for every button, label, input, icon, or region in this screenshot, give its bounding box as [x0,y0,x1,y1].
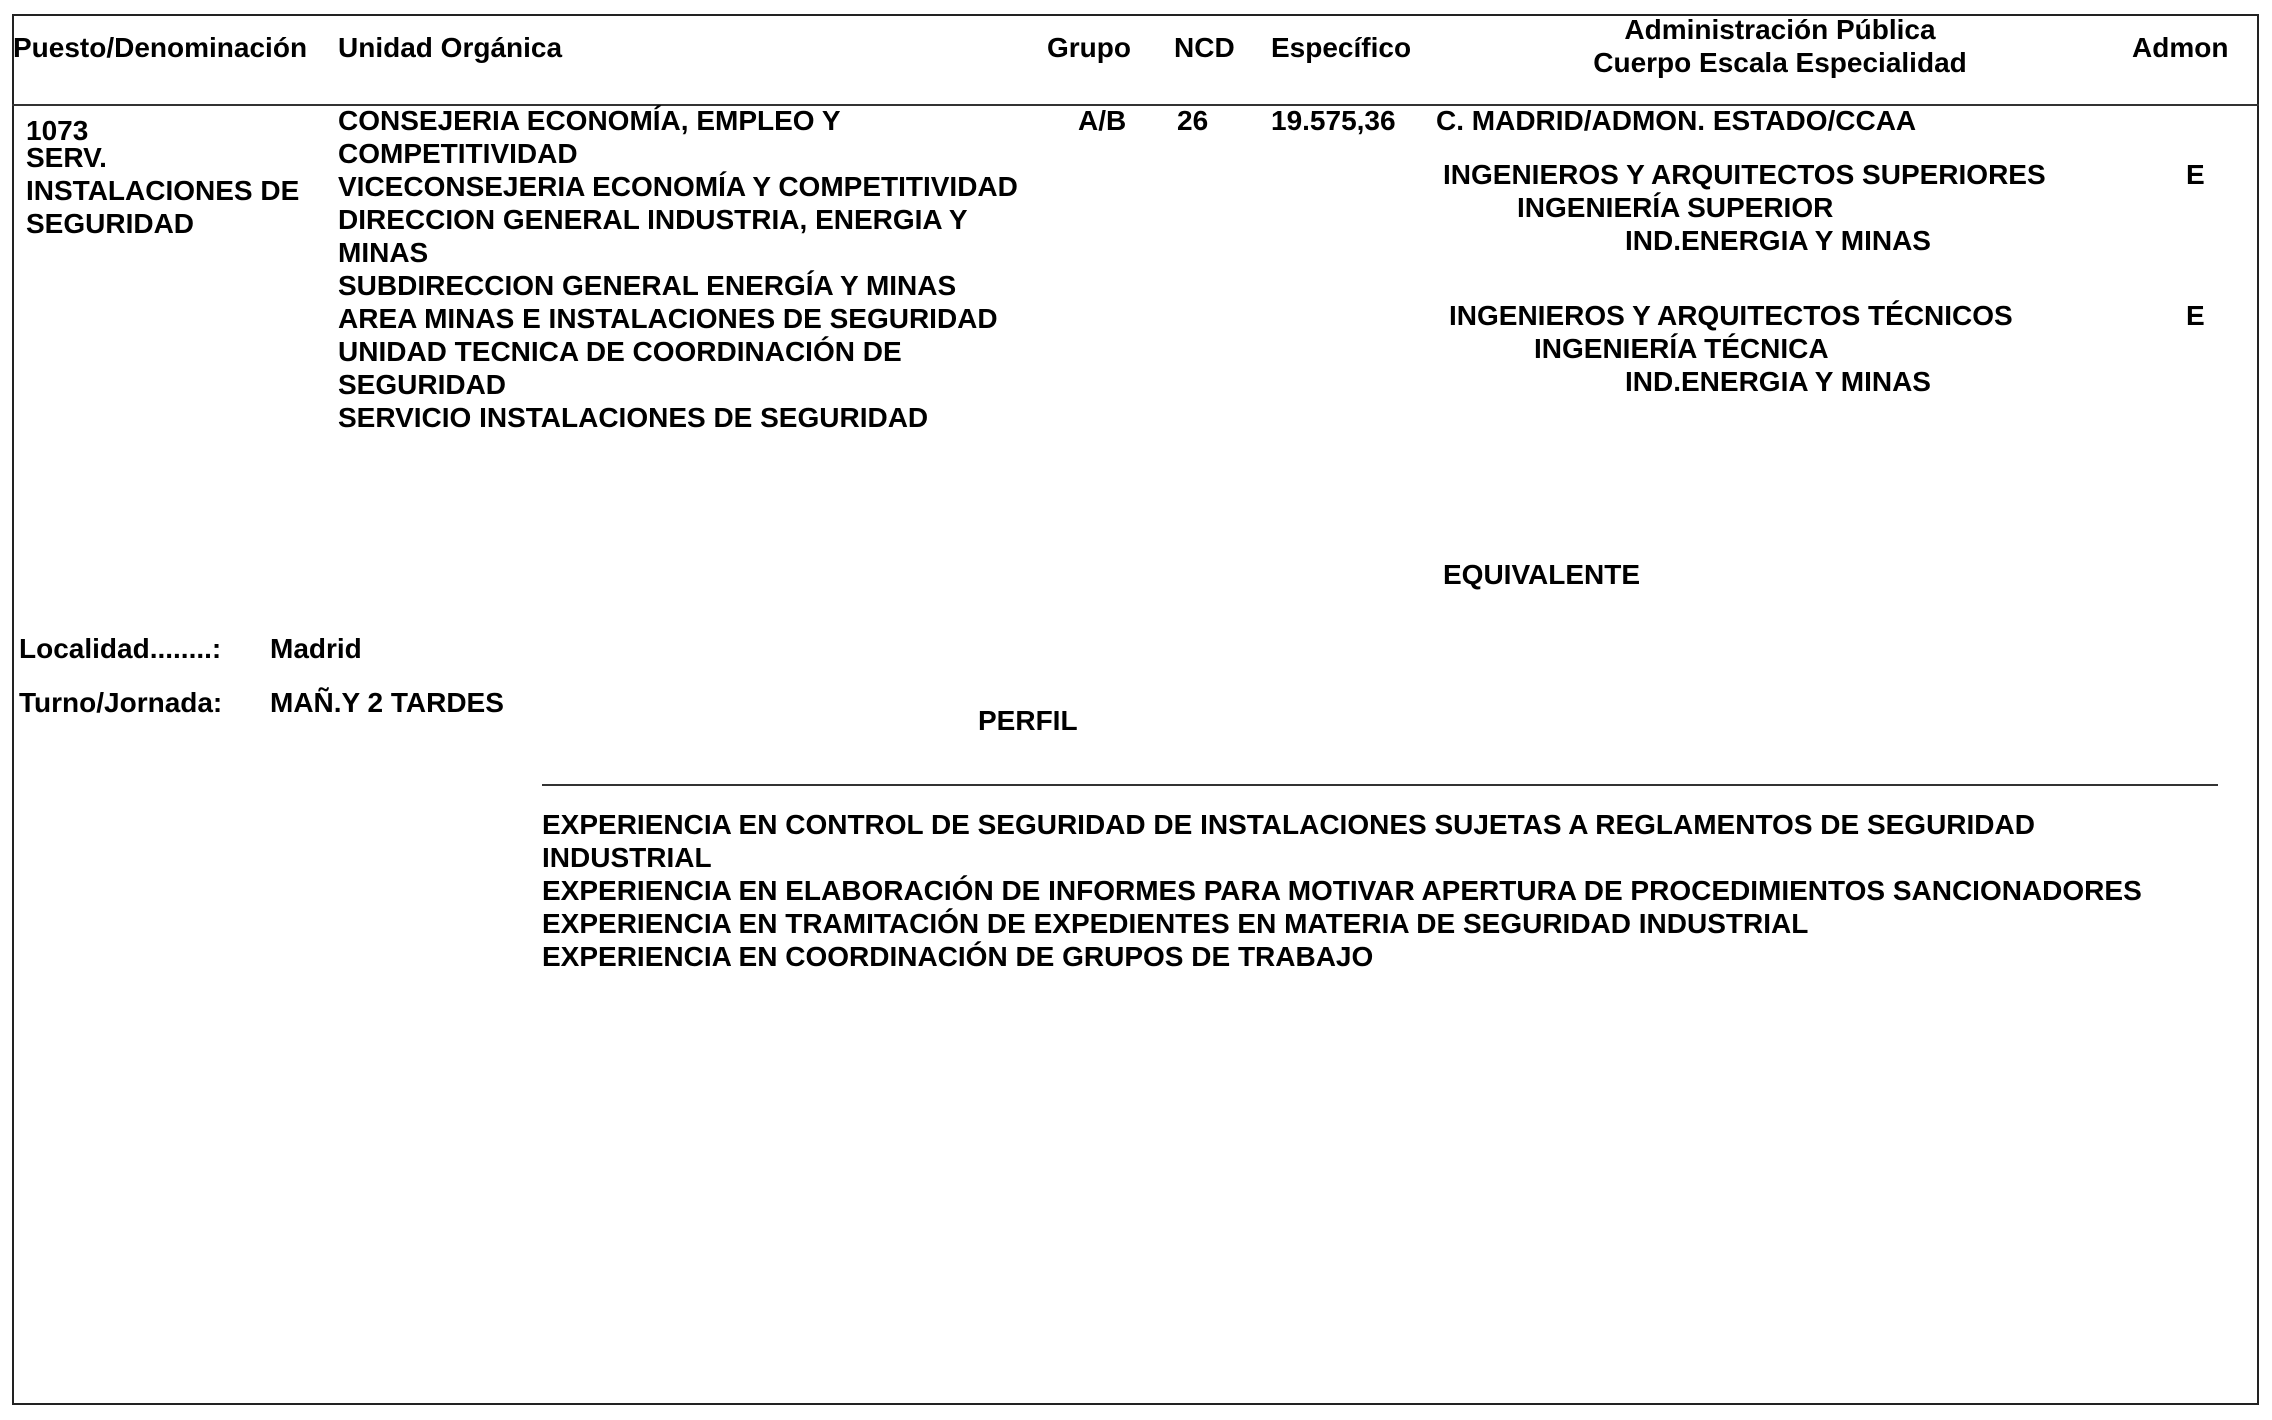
perfil-divider [542,784,2218,786]
unidad-line: UNIDAD TECNICA DE COORDINACIÓN DE [338,335,1018,368]
unidad-organica: CONSEJERIA ECONOMÍA, EMPLEO Y COMPETITIV… [338,104,1018,434]
header-puesto: Puesto/Denominación [13,31,307,64]
header-admin-publica-line1: Administración Pública [1580,13,1980,46]
admon-1: E [2186,158,2205,191]
header-grupo: Grupo [1047,31,1131,64]
unidad-line: COMPETITIVIDAD [338,137,1018,170]
perfil-item: EXPERIENCIA EN ELABORACIÓN DE INFORMES P… [542,874,2142,907]
escala-2: INGENIERÍA TÉCNICA [1534,332,1829,365]
turno-label: Turno/Jornada: [19,686,222,719]
unidad-line: MINAS [338,236,1018,269]
puesto-line: INSTALACIONES DE [26,174,299,207]
perfil-label: PERFIL [978,704,1078,737]
cuerpo-1: INGENIEROS Y ARQUITECTOS SUPERIORES [1443,158,2046,191]
perfil-item: EXPERIENCIA EN COORDINACIÓN DE GRUPOS DE… [542,940,2142,973]
puesto-line: SERV. [26,141,299,174]
header-admon: Admon [2132,31,2228,64]
unidad-line: AREA MINAS E INSTALACIONES DE SEGURIDAD [338,302,1018,335]
header-admin-publica-line2: Cuerpo Escala Especialidad [1530,46,2030,79]
especifico-value: 19.575,36 [1271,104,1396,137]
admon-2: E [2186,299,2205,332]
localidad-value: Madrid [270,632,362,665]
unidad-line: DIRECCION GENERAL INDUSTRIA, ENERGIA Y [338,203,1018,236]
escala-1: INGENIERÍA SUPERIOR [1517,191,1833,224]
ncd-value: 26 [1177,104,1208,137]
unidad-line: SERVICIO INSTALACIONES DE SEGURIDAD [338,401,1018,434]
header-especifico: Específico [1271,31,1411,64]
unidad-line: CONSEJERIA ECONOMÍA, EMPLEO Y [338,104,1018,137]
cuerpo-2: INGENIEROS Y ARQUITECTOS TÉCNICOS [1449,299,2013,332]
administracion-value: C. MADRID/ADMON. ESTADO/CCAA [1436,104,1916,137]
perfil-list: EXPERIENCIA EN CONTROL DE SEGURIDAD DE I… [542,808,2142,973]
puesto-denominacion: 1073 SERV. INSTALACIONES DE SEGURIDAD [26,114,299,240]
especialidad-2: IND.ENERGIA Y MINAS [1625,365,1931,398]
header-unidad: Unidad Orgánica [338,31,562,64]
puesto-line: SEGURIDAD [26,207,299,240]
localidad-label: Localidad........: [19,632,221,665]
unidad-line: SUBDIRECCION GENERAL ENERGÍA Y MINAS [338,269,1018,302]
especialidad-1: IND.ENERGIA Y MINAS [1625,224,1931,257]
perfil-item: EXPERIENCIA EN TRAMITACIÓN DE EXPEDIENTE… [542,907,2142,940]
grupo-value: A/B [1078,104,1126,137]
header-ncd: NCD [1174,31,1235,64]
unidad-line: VICECONSEJERIA ECONOMÍA Y COMPETITIVIDAD [338,170,1018,203]
perfil-item: EXPERIENCIA EN CONTROL DE SEGURIDAD DE I… [542,808,2142,841]
turno-value: MAÑ.Y 2 TARDES [270,686,504,719]
equivalente-label: EQUIVALENTE [1443,558,1640,591]
unidad-line: SEGURIDAD [338,368,1018,401]
perfil-item: INDUSTRIAL [542,841,2142,874]
